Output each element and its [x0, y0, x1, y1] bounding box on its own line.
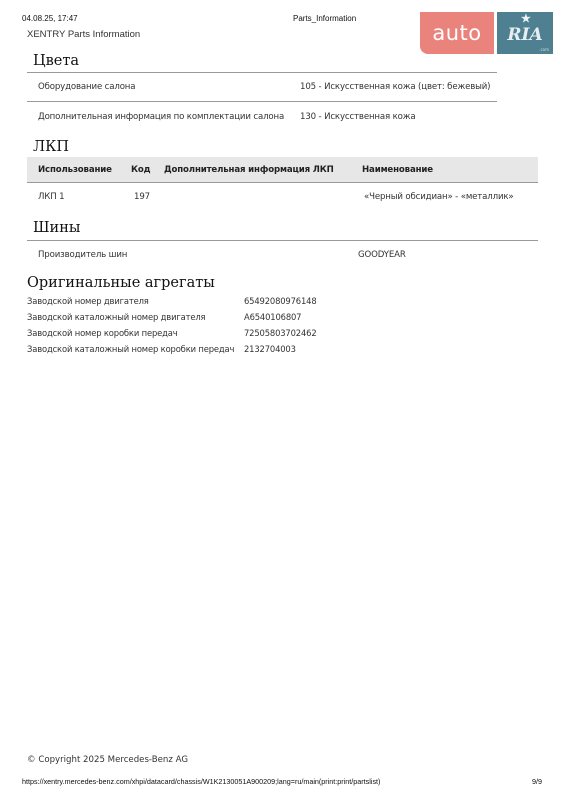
- watermark-auto-text: auto: [420, 12, 494, 54]
- section-title-paint: ЛКП: [33, 139, 69, 155]
- column-header-name: Наименование: [362, 165, 433, 175]
- colors-row-label: Оборудование салона: [38, 82, 135, 92]
- copyright: © Copyright 2025 Mercedes-Benz AG: [27, 755, 188, 765]
- column-header-additional-info: Дополнительная информация ЛКП: [164, 165, 334, 175]
- colors-row-value: 105 - Искусственная кожа (цвет: бежевый): [300, 82, 490, 92]
- paint-usage-cell: ЛКП 1: [38, 192, 64, 202]
- aggregate-value: 72505803702462: [244, 328, 317, 338]
- star-icon: ★: [521, 13, 531, 25]
- tires-row-value: GOODYEAR: [358, 250, 406, 260]
- aggregate-value: 2132704003: [244, 344, 296, 354]
- section-title-aggregates: Оригинальные агрегаты: [27, 275, 215, 291]
- print-footer-url: https://xentry.mercedes-benz.com/xhpi/da…: [22, 777, 380, 786]
- print-document-title: Parts_Information: [293, 14, 356, 23]
- colors-row-label: Дополнительная информация по комплектаци…: [38, 112, 284, 122]
- aggregate-label: Заводской каталожный номер двигателя: [27, 312, 205, 322]
- watermark-ria-text: RIA: [507, 25, 542, 45]
- column-header-usage: Использование: [38, 165, 112, 175]
- tires-row-label: Производитель шин: [38, 250, 127, 260]
- watermark-com-text: .com: [539, 47, 549, 52]
- divider: [27, 72, 497, 73]
- aggregate-label: Заводской каталожный номер коробки перед…: [27, 344, 234, 354]
- print-datetime: 04.08.25, 17:47: [22, 14, 78, 23]
- divider: [27, 240, 538, 241]
- watermark-ria-block: ★ RIA .com: [497, 12, 553, 54]
- aggregate-label: Заводской номер коробки передач: [27, 328, 178, 338]
- column-header-code: Код: [131, 165, 150, 175]
- colors-row-value: 130 - Искусственная кожа: [300, 112, 415, 122]
- paint-name-cell: «Черный обсидиан» - «металлик»: [364, 192, 514, 202]
- section-title-tires: Шины: [33, 220, 80, 236]
- page-number: 9/9: [532, 777, 542, 786]
- section-title-colors: Цвета: [33, 53, 79, 69]
- autoria-watermark: auto ★ RIA .com: [420, 12, 553, 54]
- aggregate-label: Заводской номер двигателя: [27, 296, 149, 306]
- aggregate-value: 65492080976148: [244, 296, 317, 306]
- app-title: XENTRY Parts Information: [27, 29, 140, 40]
- aggregate-value: A6540106807: [244, 312, 301, 322]
- paint-table-header: Использование Код Дополнительная информа…: [27, 157, 538, 183]
- divider: [27, 101, 497, 102]
- paint-code-cell: 197: [134, 192, 150, 202]
